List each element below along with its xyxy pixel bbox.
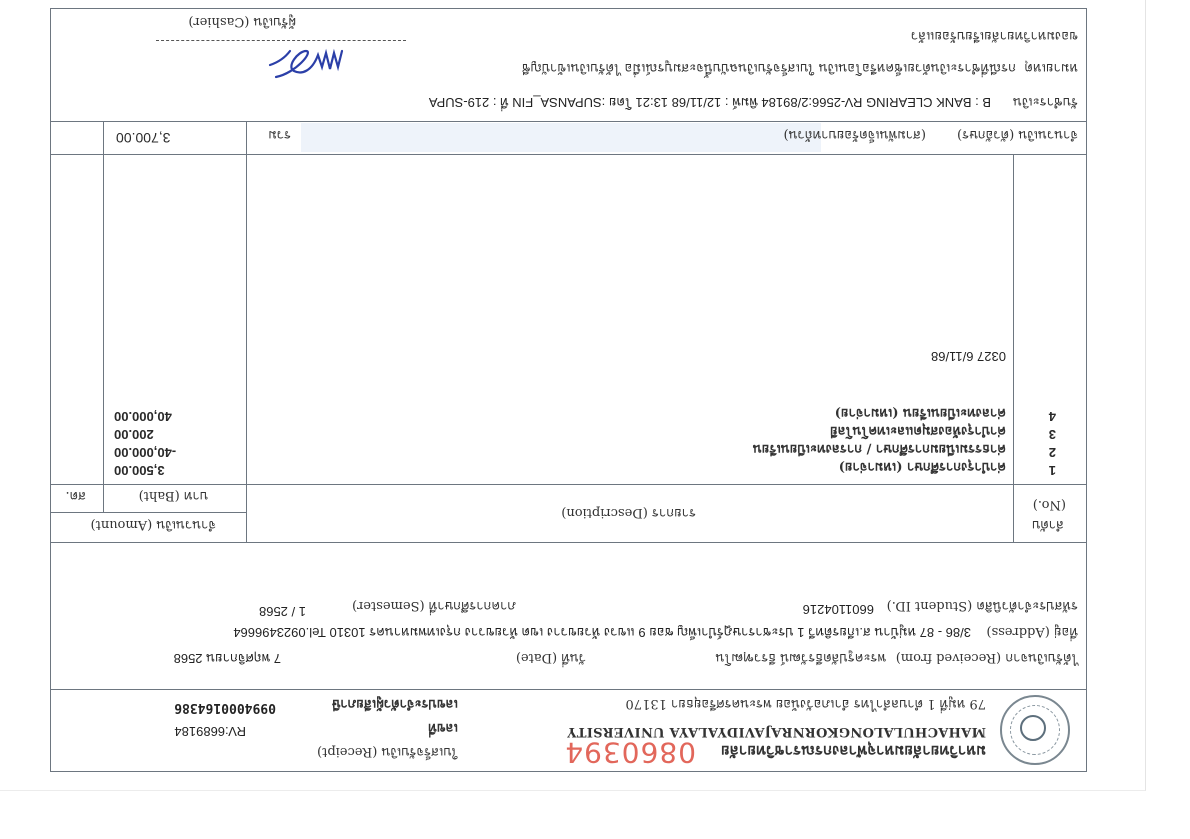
remark-line-1: กรณีที่ชำระเงินด้วยเช็คหรือโอนเงิน ใบเสร… (522, 58, 1016, 79)
row-number: 2 (1049, 445, 1056, 460)
signature-line (156, 40, 406, 41)
row-description: ค่าธรรมเนียมการศึกษา / การลงทะเบียนเรียน (753, 439, 1006, 460)
number-label: เลขที่ (428, 718, 458, 739)
total-row: จำนวนเงิน (ตัวอักษร) (สามพันเจ็ดร้อยบาทถ… (51, 121, 1086, 154)
column-no-th: ลำดับ (1032, 515, 1064, 536)
cashier-signature-icon (266, 45, 346, 81)
cashier-label: ผู้รับเงิน (Cashier) (188, 12, 296, 33)
amount-words-value: (สามพันเจ็ดร้อยบาทถ้วน) (784, 125, 927, 146)
row-number: 1 (1049, 463, 1056, 478)
payer-info: ได้รับเงินจาก (Received from) พระครูปลัด… (51, 542, 1086, 689)
column-divider (103, 485, 104, 513)
receipt-serial-number: 0860394 (564, 736, 696, 769)
row-amount: 40,000.00 (114, 409, 224, 424)
column-divider (103, 155, 104, 484)
semester-label: ภาคการศึกษาที่ (Semester) (352, 596, 516, 617)
table-note: 0327 6/11/68 (931, 349, 1006, 364)
university-seal-icon (1000, 695, 1070, 765)
tax-id-value: 0994000164386 (174, 700, 276, 715)
column-satang: สต. (65, 486, 86, 507)
column-divider (246, 485, 247, 542)
row-description: ค่าบำรุงห้องสมุดและเทคโนโลยี (830, 421, 1006, 442)
row-amount: 200.00 (114, 427, 224, 442)
payment-method-label: รับชำระเงิน (1013, 92, 1078, 113)
total-value: 3,700.00 (116, 130, 236, 146)
date-label: วันที่ (Date) (516, 648, 586, 669)
column-divider (1013, 485, 1014, 542)
payment-method-value: B : BANK CLEARING RV-2566:2/89184 พิมพ์ … (429, 92, 991, 113)
column-divider (246, 155, 247, 484)
remark-line-2: ของมหาวิทยาลัยเรียบร้อยแล้ว (911, 26, 1078, 47)
column-baht: บาท (Baht) (139, 486, 208, 507)
total-label: รวม (268, 125, 291, 146)
row-number: 4 (1049, 409, 1056, 424)
received-from-value: พระครูปลัดธีรวัฒน์ ธีรวฑฺฒโน (716, 648, 886, 669)
received-from-label: ได้รับเงินจาก (Received from) (896, 648, 1078, 669)
semester-value: 1 / 2568 (259, 604, 306, 619)
receipt-header: มหาวิทยาลัยมหาจุฬาลงกรณราชวิทยาลัย MAHAC… (51, 689, 1086, 771)
address-label: ที่อยู่ (Address) (986, 622, 1078, 643)
column-description: รายการ (Description) (561, 503, 696, 524)
number-value: RV:6689184 (174, 724, 246, 739)
row-amount: 3,500.00 (114, 463, 224, 478)
address-value: 3/86 - 87 หมู่บ้าน ส.เกียรติทวี 1 ประชาร… (233, 622, 971, 643)
university-name-th: มหาวิทยาลัยมหาจุฬาลงกรณราชวิทยาลัย (721, 739, 986, 763)
column-divider (246, 122, 247, 154)
student-id-label: รหัสประจำตัวนิสิต (Student ID.) (887, 596, 1078, 617)
amount-words-highlight (301, 123, 821, 152)
table-header: ลำดับ (No.) รายการ (Description) จำนวนเง… (51, 484, 1086, 542)
receipt-document: มหาวิทยาลัยมหาจุฬาลงกรณราชวิทยาลัย MAHAC… (50, 8, 1087, 772)
amount-words-label: จำนวนเงิน (ตัวอักษร) (957, 125, 1078, 146)
date-value: 7 พฤศจิกายน 2568 (174, 648, 281, 669)
column-divider (1013, 155, 1014, 484)
row-description: ค่าบำรุงการศึกษา (เหมาจ่าย) (839, 457, 1006, 478)
student-id-value: 6601104216 (803, 602, 874, 617)
column-divider (103, 122, 104, 154)
university-address: 79 หมู่ที่ 1 ตำบลลำไทร อำเภอวังน้อย พระน… (626, 694, 986, 715)
receipt-title: ใบเสร็จรับเงิน (Receipt) (317, 742, 458, 763)
row-amount: -40,000.00 (114, 445, 224, 460)
tax-id-label: เลขประจำตัวผู้เสียภาษี (332, 694, 458, 715)
column-no-en: (No.) (1033, 497, 1066, 512)
remark-label: หมายเหตุ (1024, 58, 1078, 79)
receipt-footer: รับชำระเงิน B : BANK CLEARING RV-2566:2/… (51, 7, 1086, 121)
row-number: 3 (1049, 427, 1056, 442)
column-amount: จำนวนเงิน (Amount) (91, 515, 216, 536)
table-body: 1ค่าบำรุงการศึกษา (เหมาจ่าย)3,500.002ค่า… (51, 154, 1086, 484)
row-description: ค่าลงทะเบียนเรียน (เหมาจ่าย) (835, 403, 1006, 424)
